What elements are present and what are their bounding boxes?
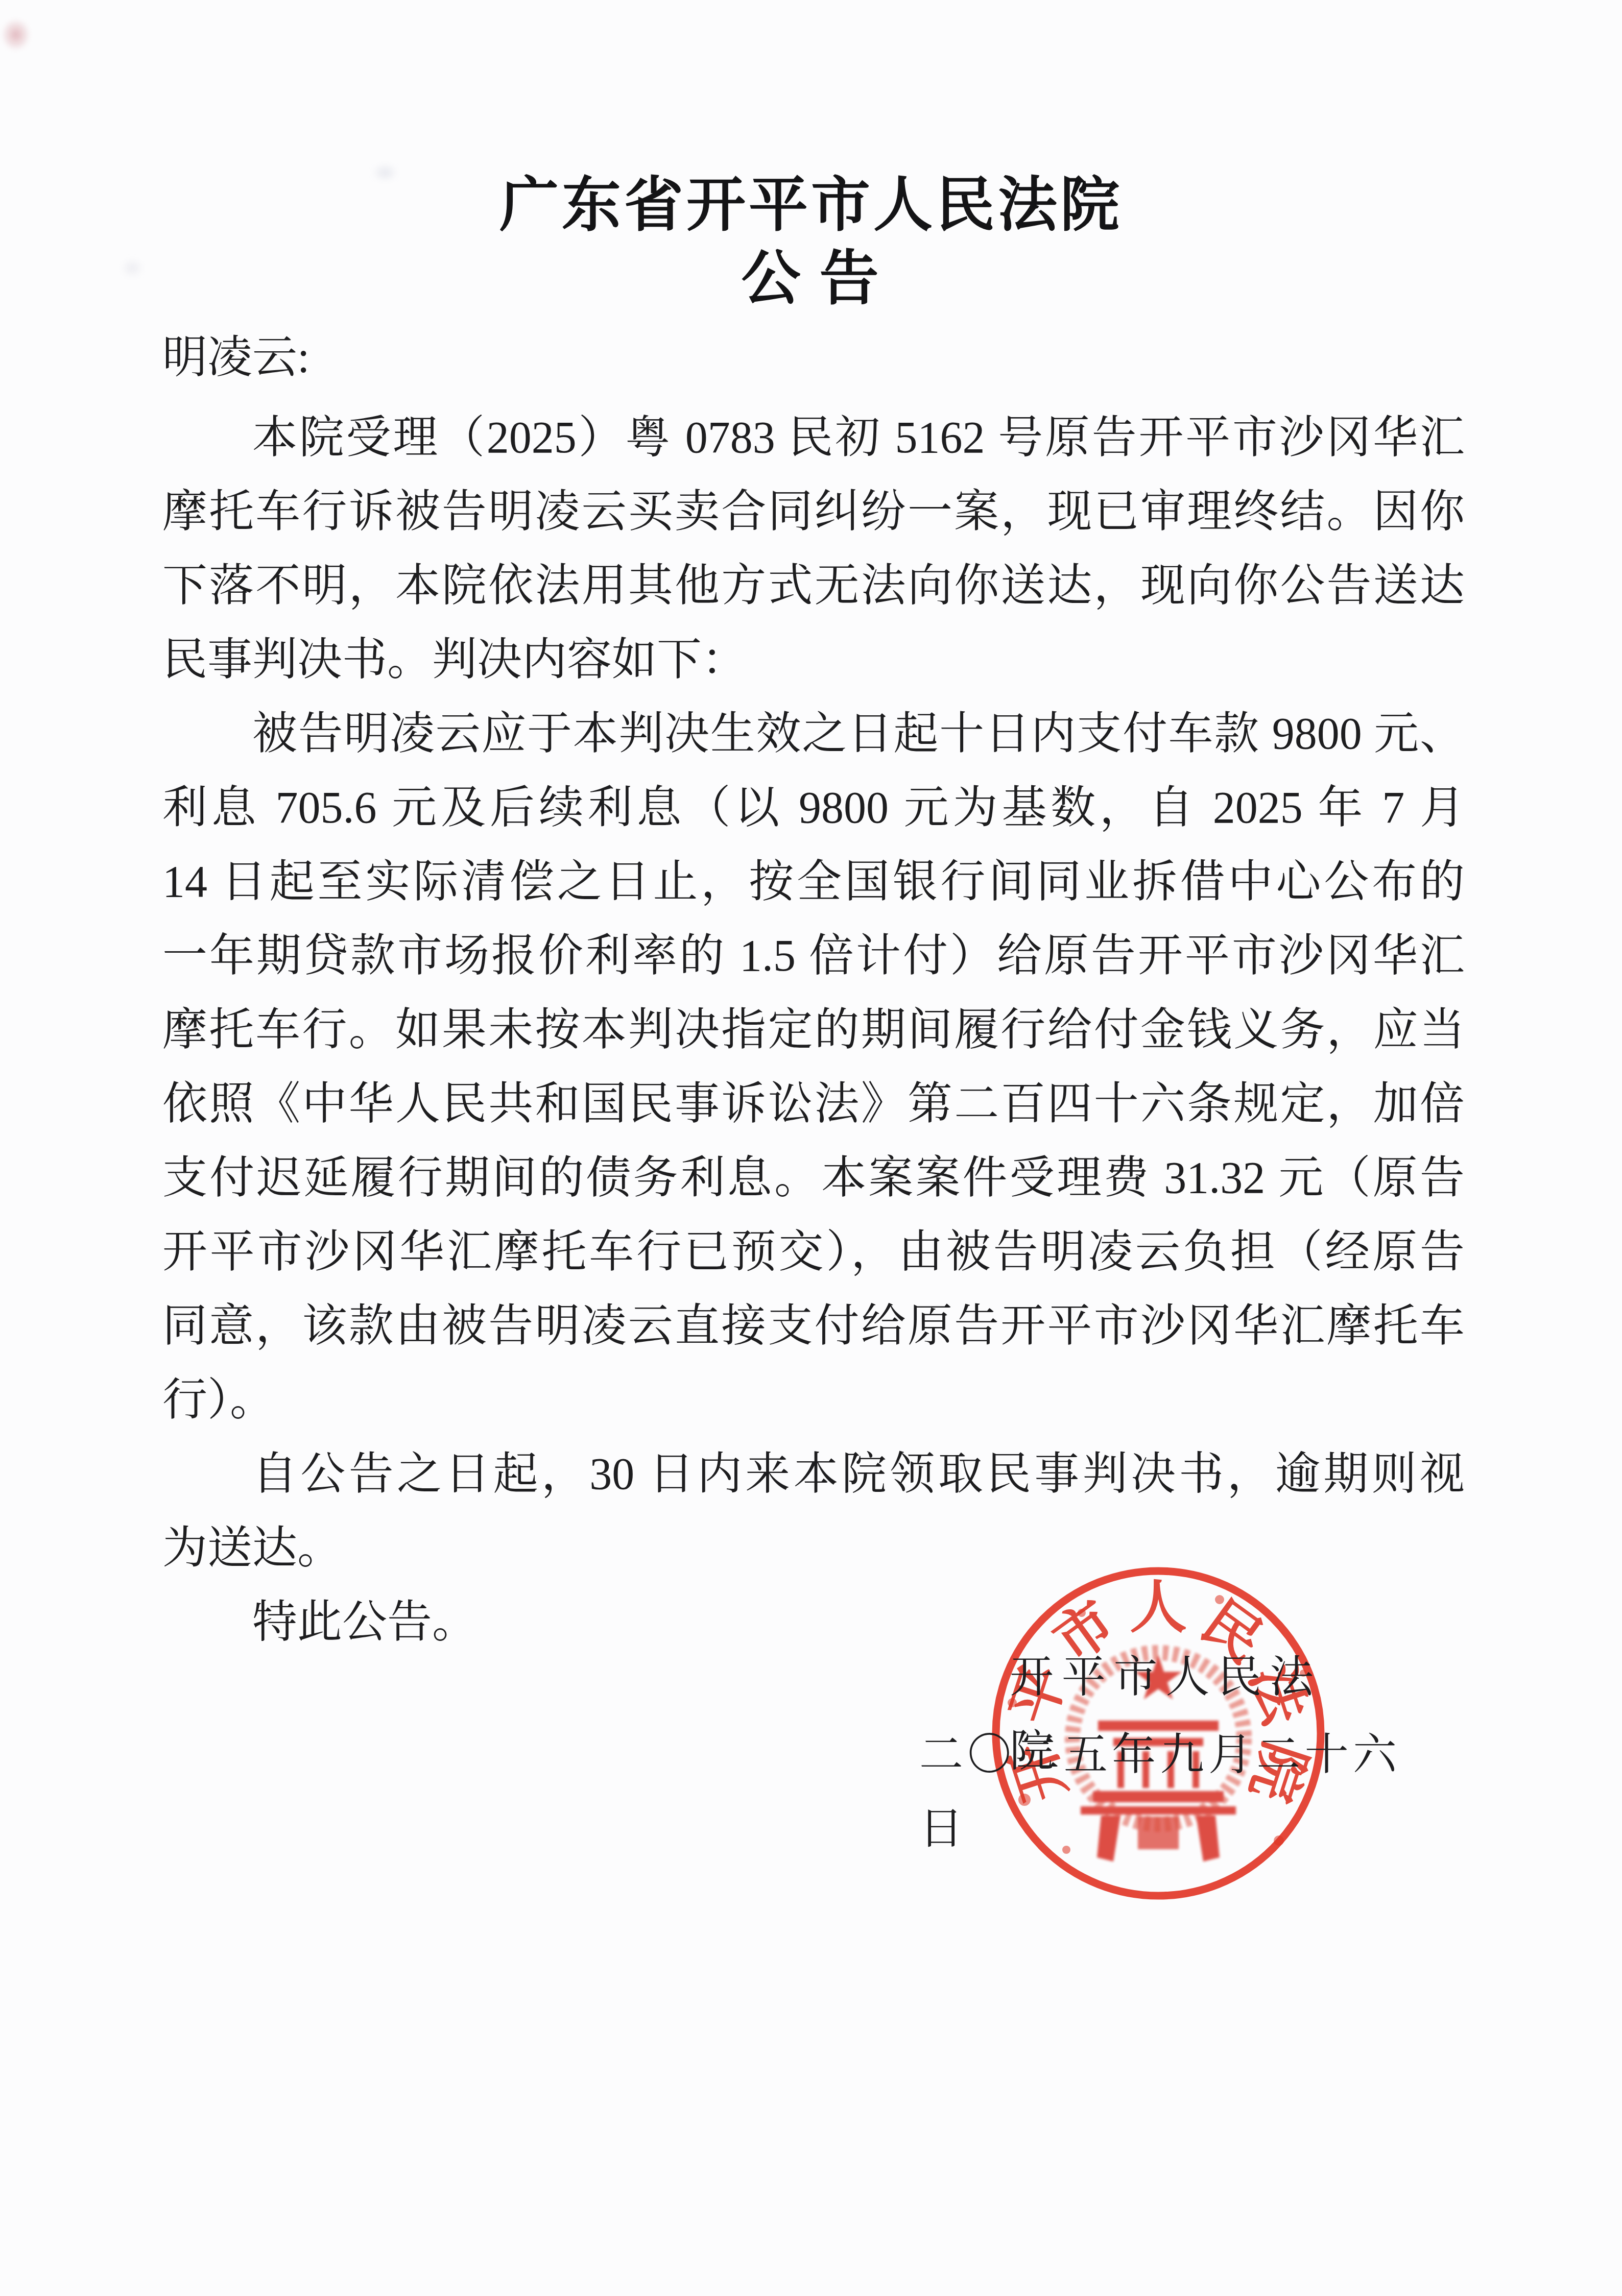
salutation: 明凌云: (162, 321, 309, 395)
body-line: 摩托车行。如果未按本判决指定的期间履行给付金钱义务，应当 (162, 993, 1465, 1067)
body-line: 被告明凌云应于本判决生效之日起十日内支付车款 9800 元、 (162, 697, 1465, 771)
announcement-body: 本院受理（2025）粤 0783 民初 5162 号原告开平市沙冈华汇摩托车行诉… (162, 401, 1465, 1659)
body-line: 为送达。 (162, 1511, 1465, 1585)
paragraph: 自公告之日起，30 日内来本院领取民事判决书，逾期则视为送达。 (162, 1437, 1465, 1585)
body-line: 支付迟延履行期间的债务利息。本案案件受理费 31.32 元（原告 (162, 1141, 1465, 1215)
body-line: 一年期贷款市场报价利率的 1.5 倍计付）给原告开平市沙冈华汇 (162, 919, 1465, 993)
paragraph: 被告明凌云应于本判决生效之日起十日内支付车款 9800 元、利息 705.6 元… (162, 697, 1465, 1437)
body-line: 依照《中华人民共和国民事诉讼法》第二百四十六条规定，加倍 (162, 1067, 1465, 1141)
body-line: 行）。 (162, 1363, 1465, 1437)
body-line: 自公告之日起，30 日内来本院领取民事判决书，逾期则视 (162, 1437, 1465, 1511)
page-subtitle: 公 告 (0, 231, 1622, 316)
body-line: 开平市沙冈华汇摩托车行已预交），由被告明凌云负担（经原告 (162, 1215, 1465, 1289)
body-line: 本院受理（2025）粤 0783 民初 5162 号原告开平市沙冈华汇 (162, 401, 1465, 475)
document-page: 广东省开平市人民法院 公 告 明凌云: 本院受理（2025）粤 0783 民初 … (0, 0, 1622, 2296)
body-line: 下落不明，本院依法用其他方式无法向你送达，现向你公告送达 (162, 549, 1465, 623)
signature-date: 二〇二五年九月二十六日 (919, 1718, 1397, 1866)
page-title: 广东省开平市人民法院 (0, 157, 1622, 243)
paragraph: 本院受理（2025）粤 0783 民初 5162 号原告开平市沙冈华汇摩托车行诉… (162, 401, 1465, 697)
scan-smudge (1, 18, 31, 51)
body-line: 同意，该款由被告明凌云直接支付给原告开平市沙冈华汇摩托车 (162, 1289, 1465, 1363)
body-line: 摩托车行诉被告明凌云买卖合同纠纷一案，现已审理终结。因你 (162, 475, 1465, 549)
body-line: 14 日起至实际清偿之日止，按全国银行间同业拆借中心公布的 (162, 845, 1465, 919)
body-line: 利息 705.6 元及后续利息（以 9800 元为基数，自 2025 年 7 月 (162, 771, 1465, 845)
body-line: 民事判决书。判决内容如下： (162, 623, 1465, 697)
